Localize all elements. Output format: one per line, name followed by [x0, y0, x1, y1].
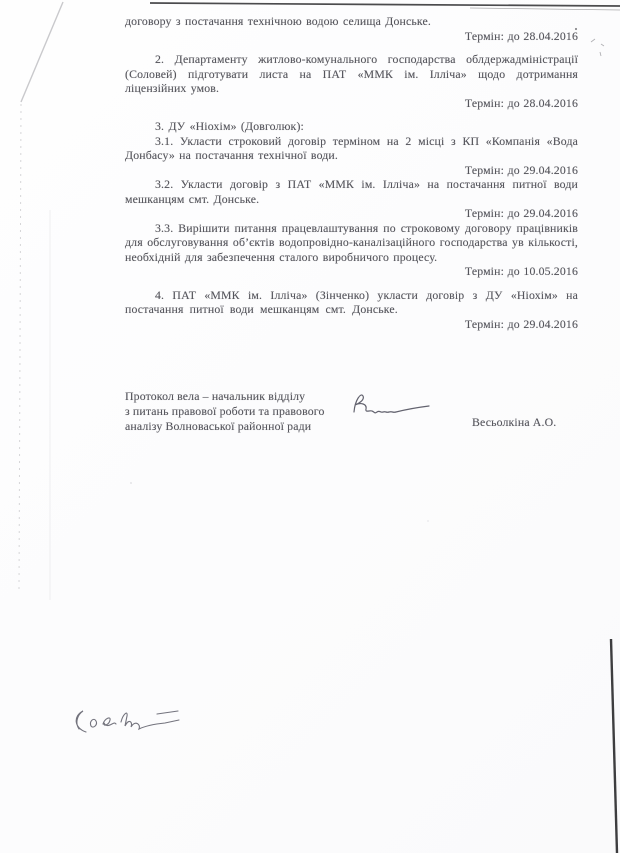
secretary-signature-handwriting-icon — [347, 389, 439, 421]
deadline-line: Термін: до 29.04.2016 — [125, 317, 578, 332]
deadline-line: Термін: до 28.04.2016 — [125, 29, 578, 44]
deadline-line: Термін: до 29.04.2016 — [125, 163, 578, 178]
document-text: договору з постачання технічною водою се… — [125, 14, 578, 449]
paragraph-item-2: 2. Департаменту житлово-комунального гос… — [125, 52, 578, 96]
pencil-marks — [591, 39, 604, 56]
signature-title-line-1: Протокол вела – начальник відділу — [125, 389, 365, 404]
paragraph-continuation: договору з постачання технічною водою се… — [125, 14, 578, 29]
paper-speck — [427, 520, 429, 522]
deadline-line: Термін: до 29.04.2016 — [125, 206, 578, 221]
deadline-line: Термін: до 10.05.2016 — [125, 264, 578, 279]
scan-crease-line — [21, 2, 63, 102]
signature-title-line-3: аналізу Волноваської районної ради — [125, 419, 365, 434]
scan-right-edge-shadow — [611, 639, 617, 853]
secretary-name: Весьолкіна А.О. — [472, 415, 556, 430]
paragraph-item-3-2: 3.2. Укласти договір з ПАТ «ММК ім. Іллі… — [125, 177, 578, 206]
scan-top-edge-line — [150, 3, 620, 6]
deadline-line: Термін: до 28.04.2016 — [125, 96, 578, 111]
paragraph-item-3-3: 3.3. Вирішити питання працевлаштування п… — [125, 221, 578, 265]
scan-left-edge-line — [19, 104, 21, 590]
paragraph-item-3: 3. ДУ «Ніохім» (Довголюк): — [125, 119, 578, 134]
scanned-document-page: договору з постачання технічною водою се… — [0, 0, 620, 853]
approver-signature-handwriting-icon — [64, 700, 200, 746]
signature-title-lines: Протокол вела – начальник відділу з пита… — [125, 389, 365, 434]
scan-top-edge-shadow — [470, 8, 620, 10]
signature-block: Протокол вела – начальник відділу з пита… — [125, 389, 578, 449]
signature-title-line-2: з питань правової роботи та правового — [125, 404, 365, 419]
paragraph-item-3-1: 3.1. Укласти строковий договір терміном … — [125, 134, 578, 163]
paragraph-item-4: 4. ПАТ «ММК ім. Ілліча» (Зінченко) уклас… — [125, 288, 578, 317]
paper-speck — [130, 482, 132, 484]
